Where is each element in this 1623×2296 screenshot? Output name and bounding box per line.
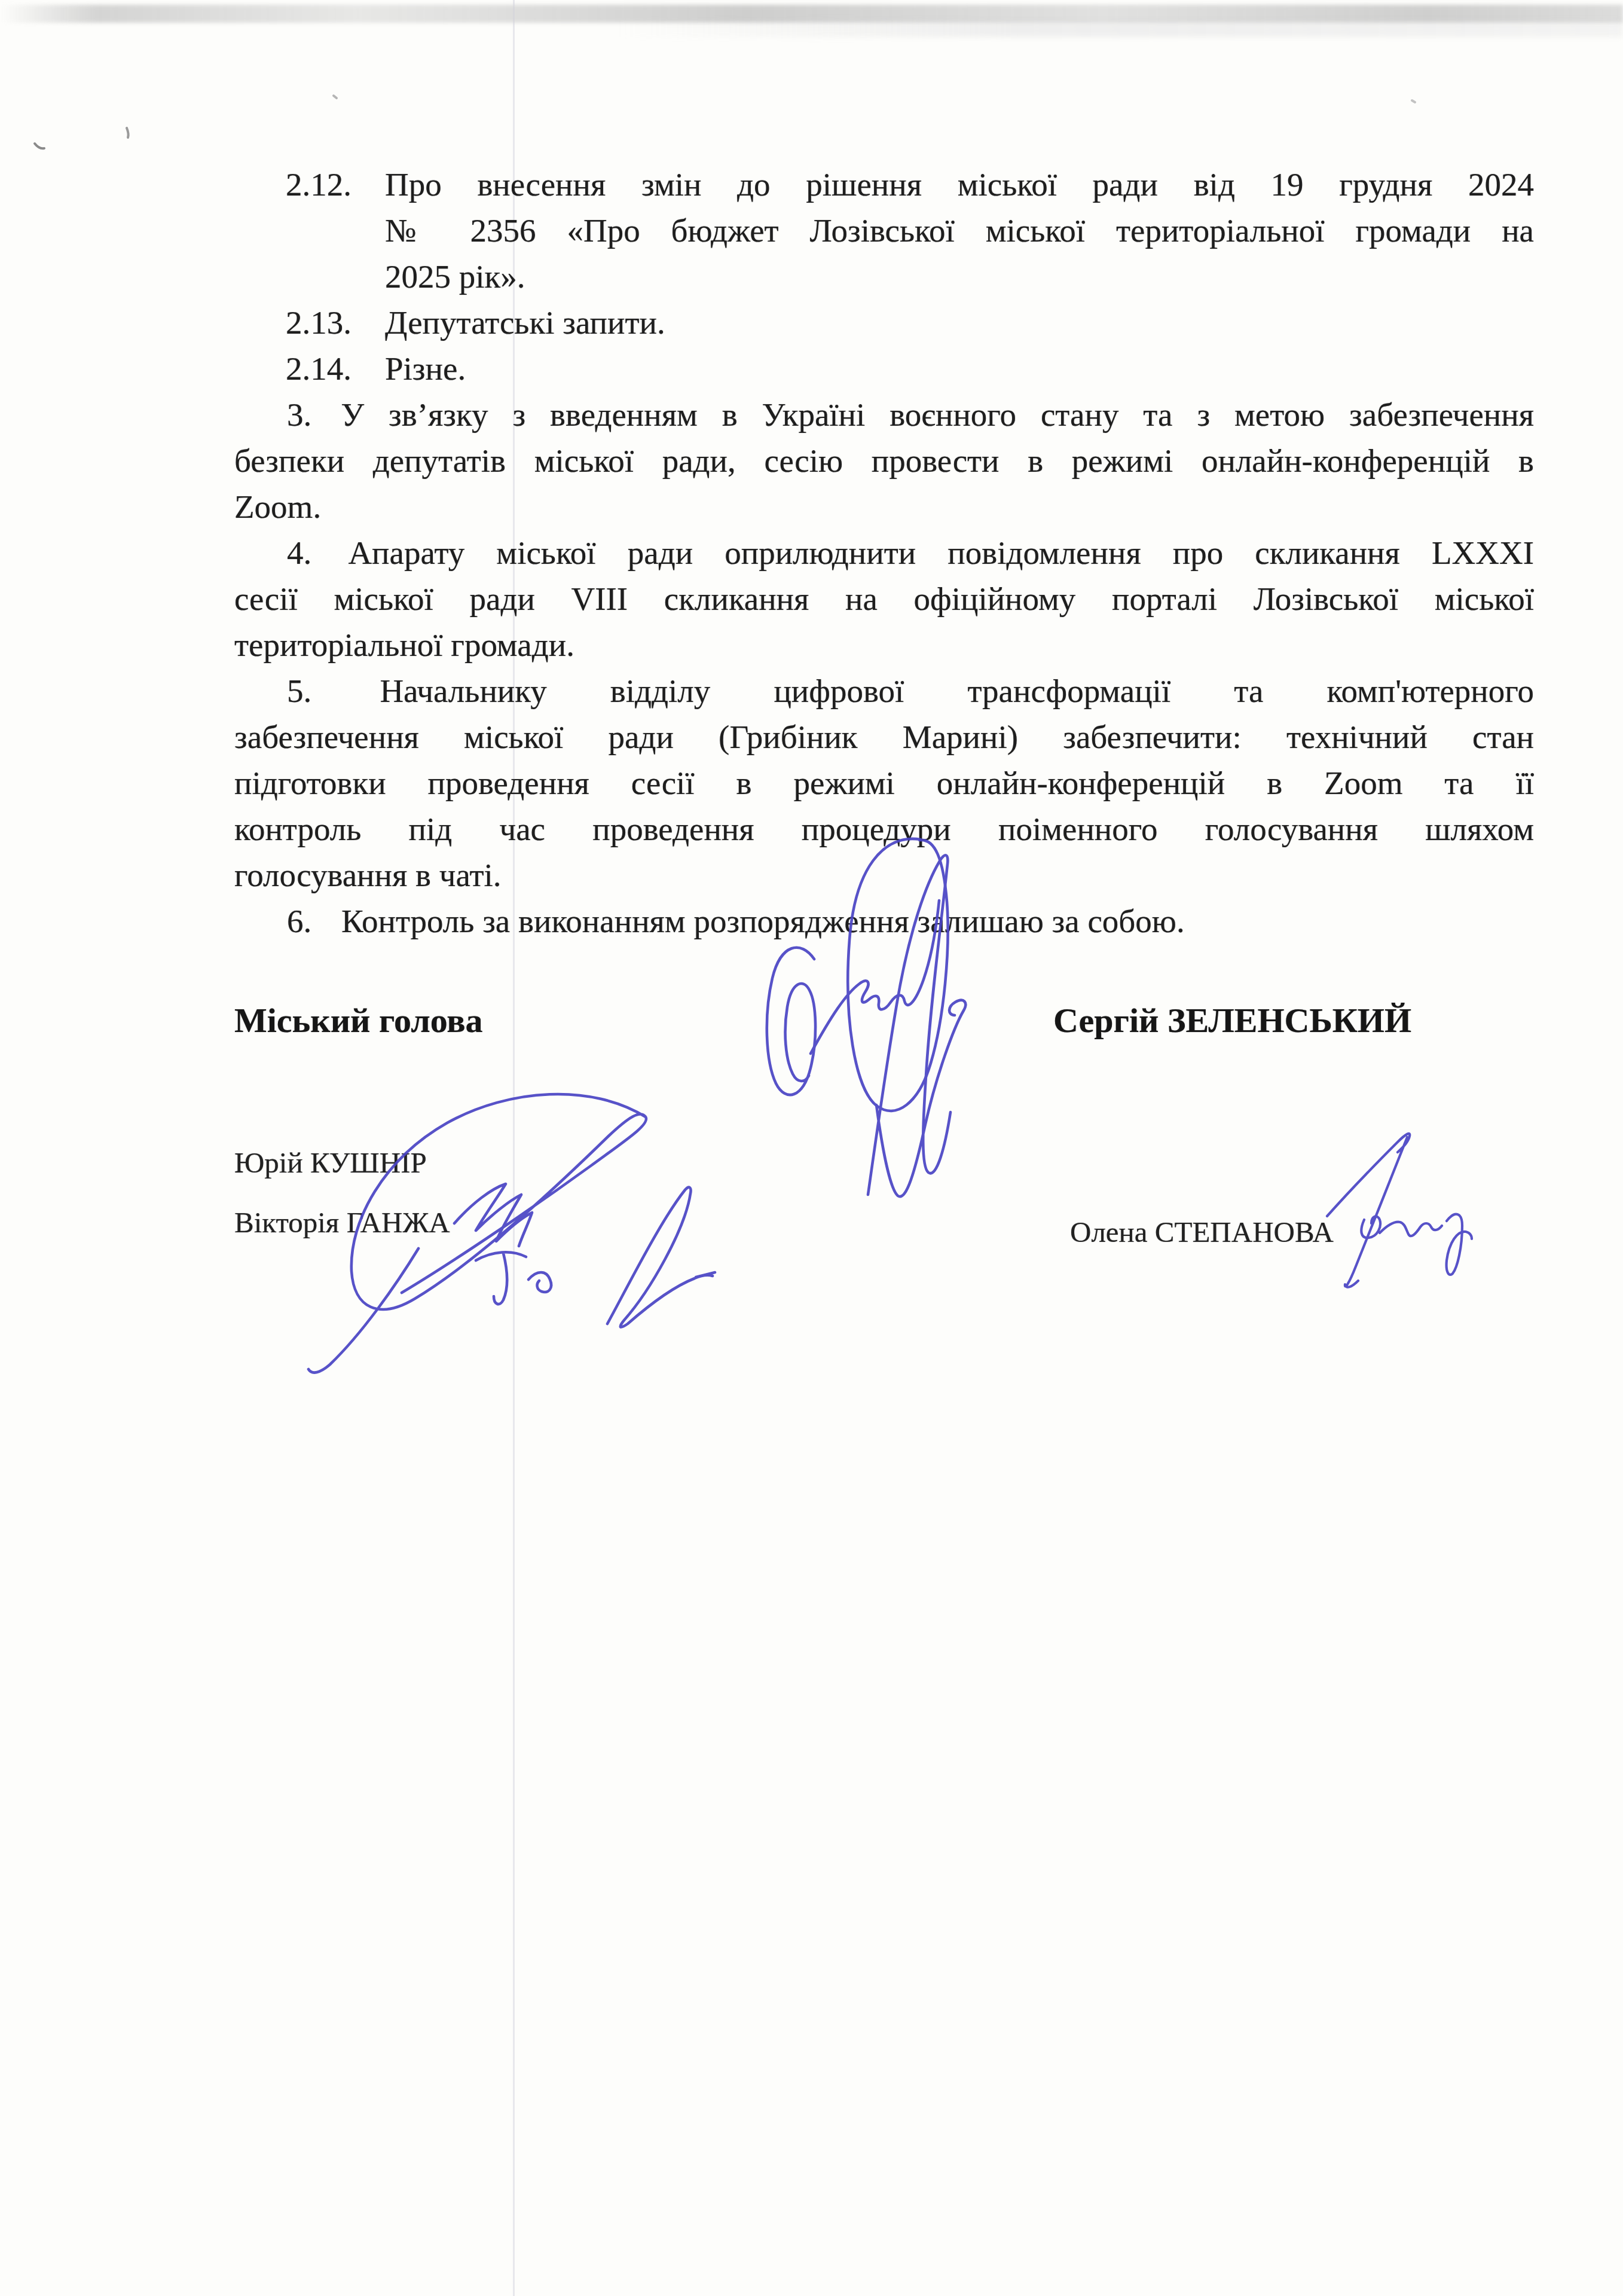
scan-artifact-top-band-2 — [617, 20, 1623, 37]
paragraph: 3. У зв’язку з введенням в Україні воєнн… — [234, 392, 1534, 530]
signer-title: Міський голова — [234, 997, 483, 1043]
paragraph-number: 4. — [287, 535, 311, 571]
scan-speck — [127, 128, 129, 138]
text-line: 2.12.Про внесення змін до рішення місько… — [385, 161, 1534, 207]
paragraph-number: 2.13. — [286, 300, 352, 346]
signer-name-stepanova: Олена СТЕПАНОВА — [1070, 1213, 1334, 1252]
scan-speck — [334, 96, 337, 98]
paragraph: 2.12.Про внесення змін до рішення місько… — [234, 161, 1534, 300]
text-line: 4. Апарату міської ради оприлюднити пові… — [234, 530, 1534, 576]
paragraph-number: 2.14. — [286, 346, 352, 392]
text-line: територіальної громади. — [234, 622, 1534, 668]
paragraph: 2.14.Різне. — [234, 346, 1534, 392]
text-line: забезпечення міської ради (Грибіник Мари… — [234, 714, 1534, 760]
signer-name-kushnir: Юрій КУШНІР — [234, 1143, 427, 1183]
text-line: контроль під час проведення процедури по… — [234, 806, 1534, 852]
text-line: 2025 рік». — [385, 254, 1534, 300]
text-line: 3. У зв’язку з введенням в Україні воєнн… — [234, 392, 1534, 438]
text-line: Zoom. — [234, 484, 1534, 530]
text-line: 5. Начальнику відділу цифрової трансформ… — [234, 668, 1534, 714]
signature-stepanova-ink — [1327, 1134, 1472, 1287]
scan-speck — [35, 143, 44, 148]
paragraph-number: 2.12. — [286, 161, 352, 207]
paragraph-number: 3. — [287, 396, 311, 433]
signer-name-hanzha: Вікторія ГАНЖА — [234, 1203, 450, 1242]
paragraph: 2.13.Депутатські запити. — [234, 300, 1534, 346]
text-line: № 2356 «Про бюджет Лозівської міської те… — [385, 207, 1534, 254]
paragraph: 5. Начальнику відділу цифрової трансформ… — [234, 668, 1534, 898]
text-line: підготовки проведення сесії в режимі онл… — [234, 760, 1534, 806]
scan-speck — [1412, 100, 1415, 102]
paragraph: 6. Контроль за виконанням розпорядження … — [234, 898, 1534, 944]
text-line: безпеки депутатів міської ради, сесію пр… — [234, 438, 1534, 484]
text-line: 2.13.Депутатські запити. — [385, 300, 1534, 346]
scanned-document-page: 2.12.Про внесення змін до рішення місько… — [0, 0, 1623, 2296]
text-line: 6. Контроль за виконанням розпорядження … — [234, 898, 1534, 944]
paragraph-number: 5. — [287, 673, 311, 709]
paragraph-number: 6. — [287, 903, 311, 939]
document-body: 2.12.Про внесення змін до рішення місько… — [234, 161, 1534, 944]
text-line: сесії міської ради VIII скликання на офі… — [234, 576, 1534, 622]
text-line: 2.14.Різне. — [385, 346, 1534, 392]
signer-name-mayor: Сергій ЗЕЛЕНСЬКИЙ — [1053, 997, 1411, 1043]
text-line: голосування в чаті. — [234, 852, 1534, 898]
paragraph: 4. Апарату міської ради оприлюднити пові… — [234, 530, 1534, 668]
